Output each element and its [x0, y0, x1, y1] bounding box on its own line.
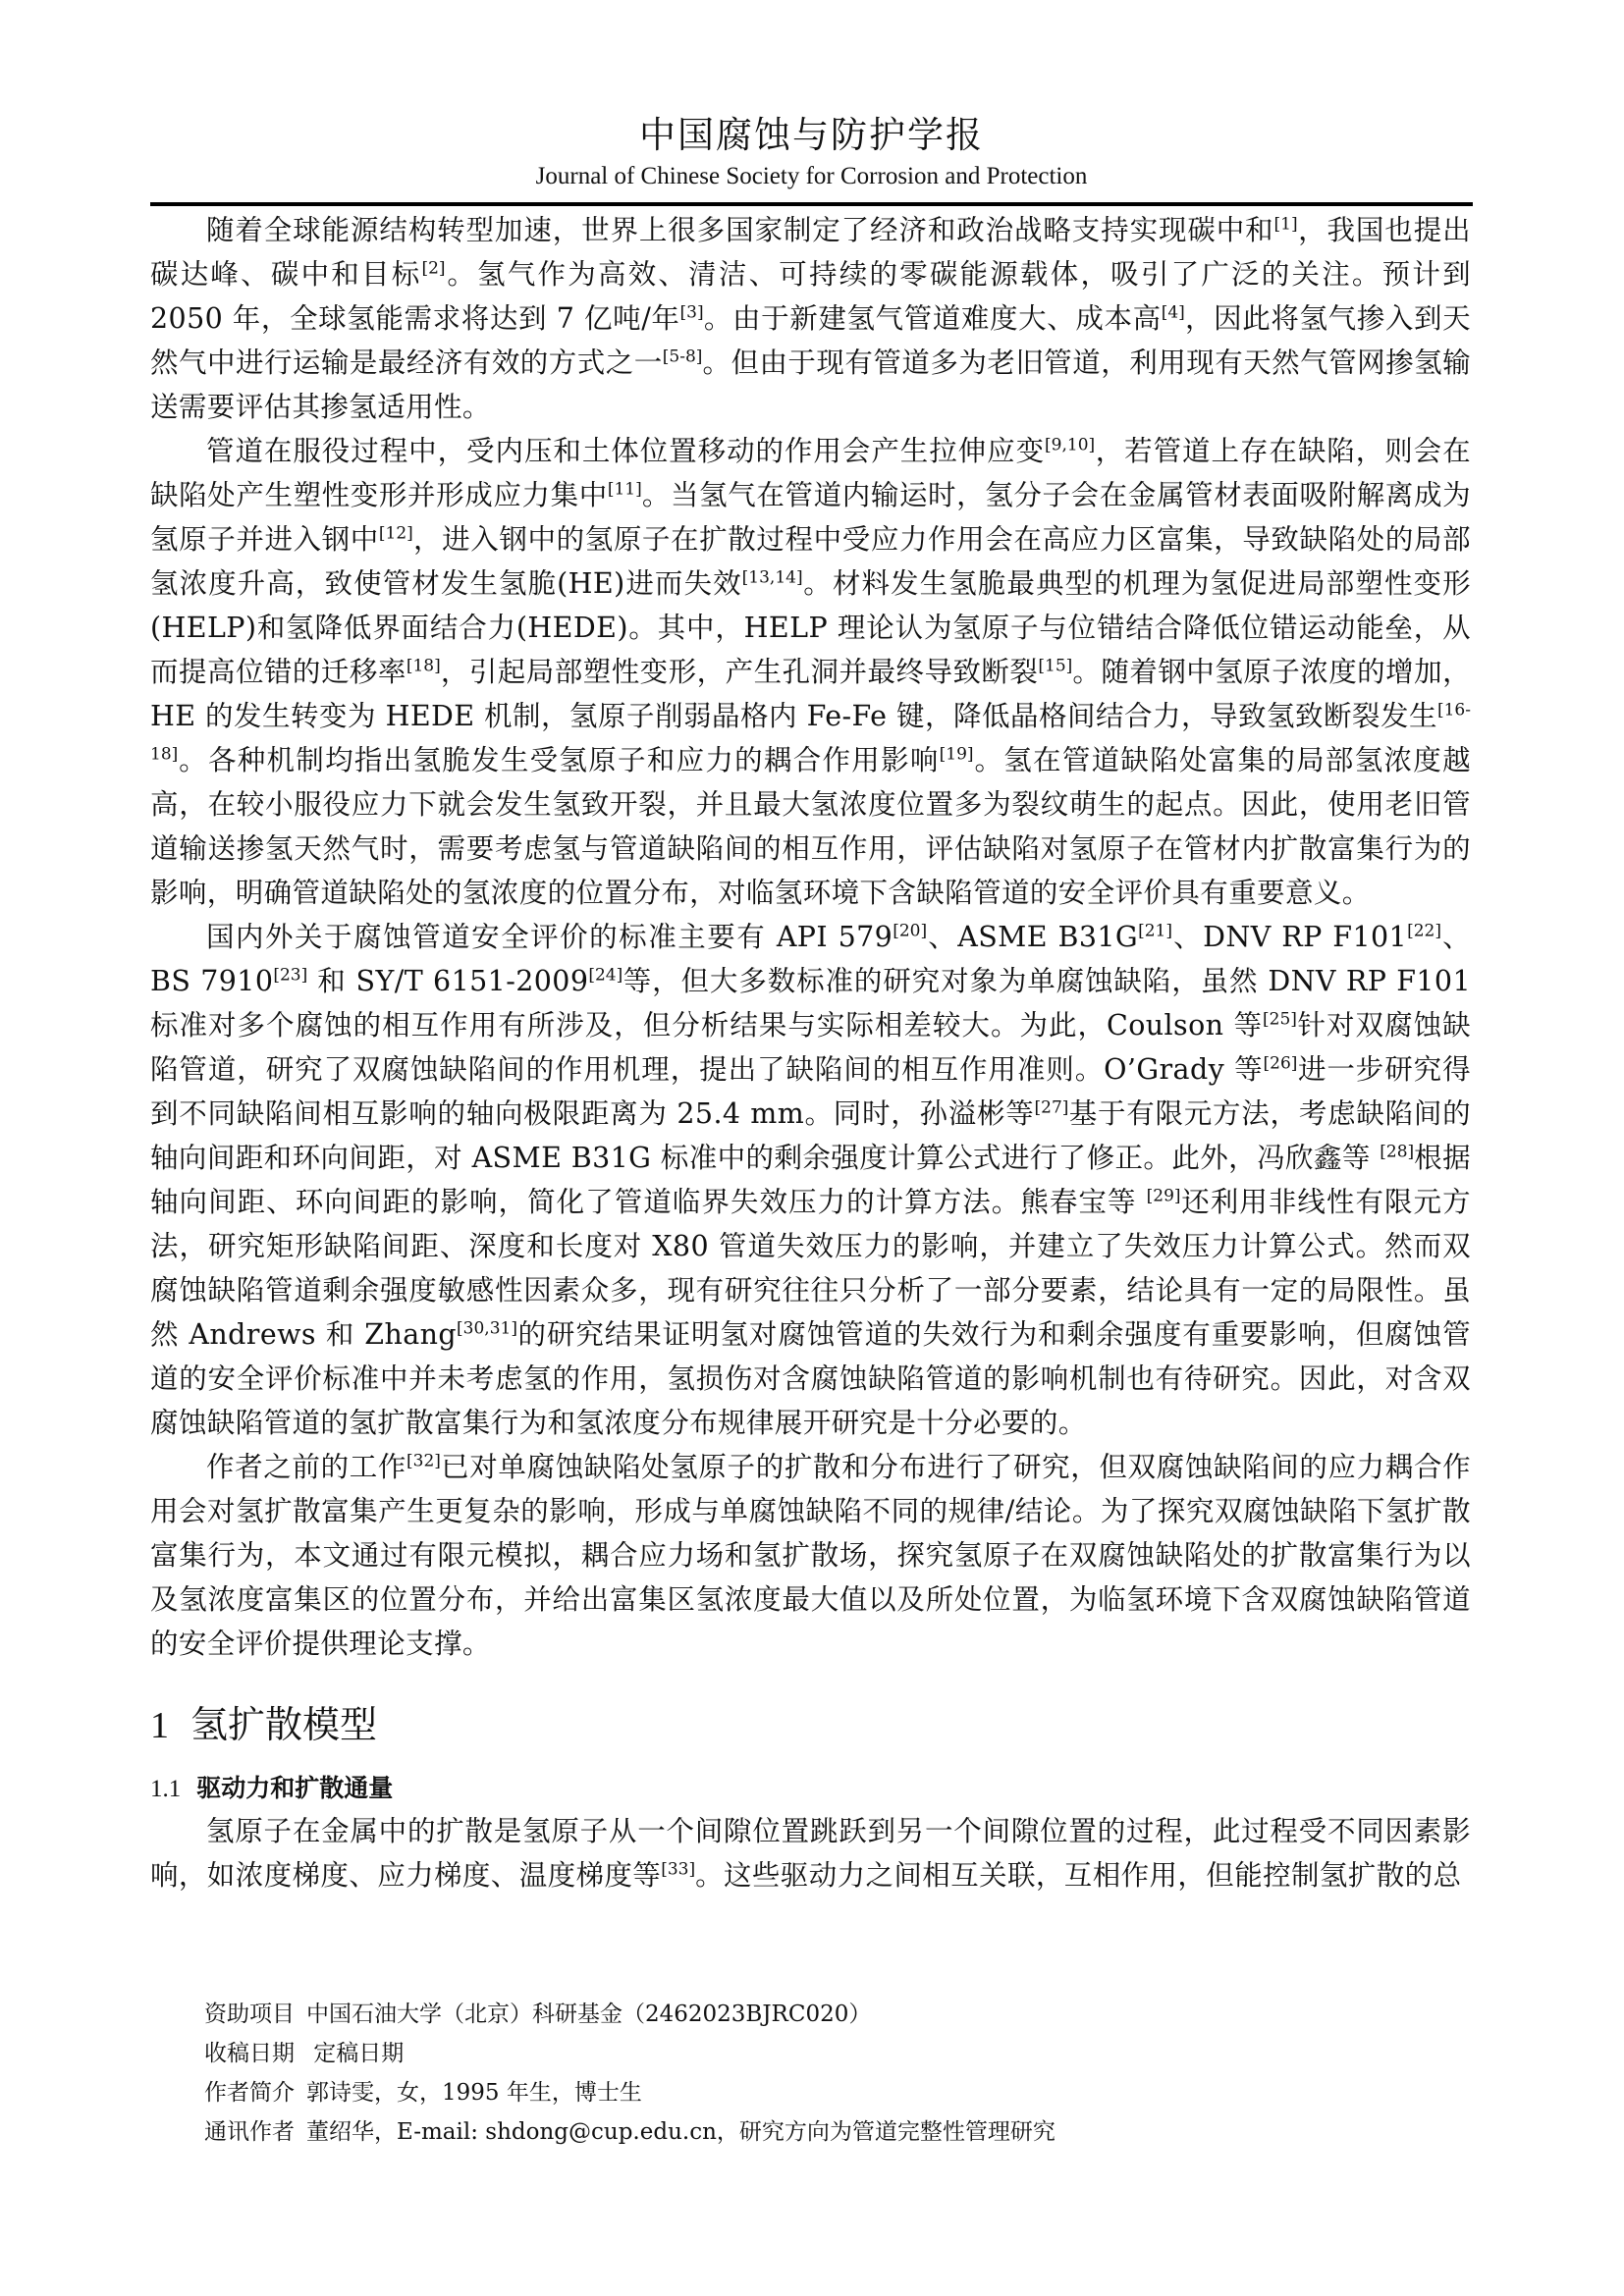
citation-ref: [28] [1380, 1143, 1414, 1162]
citation-ref: [9,10] [1045, 436, 1095, 455]
subsection-heading-1-1: 1.1驱动力和扩散通量 [150, 1769, 1471, 1809]
citation-ref: [21] [1138, 922, 1172, 941]
paragraph-1-1: 氢原子在金属中的扩散是氢原子从一个间隙位置跳跃到另一个间隙位置的过程，此过程受不… [150, 1809, 1471, 1897]
citation-ref: [33] [661, 1860, 695, 1880]
footnote-funding: 资助项目中国石油大学（北京）科研基金（2462023BJRC020） [204, 1995, 1382, 2034]
paragraph-intro-2: 管道在服役过程中，受内压和土体位置移动的作用会产生拉伸应变[9,10]，若管道上… [150, 429, 1471, 915]
citation-ref: [27] [1035, 1098, 1069, 1118]
journal-title-en: Journal of Chinese Society for Corrosion… [150, 161, 1473, 192]
footnote-label: 资助项目 [204, 2002, 295, 2027]
citation-ref: [13,14] [742, 568, 803, 588]
journal-title-cn: 中国腐蚀与防护学报 [150, 110, 1473, 161]
citation-ref: [23] [273, 966, 307, 986]
subsection-number: 1.1 [150, 1776, 181, 1802]
section-heading-1: 1氢扩散模型 [150, 1695, 1471, 1755]
citation-ref: [25] [1263, 1010, 1297, 1030]
citation-ref: [24] [588, 966, 623, 986]
paragraph-intro-1: 随着全球能源结构转型加速，世界上很多国家制定了经济和政治战略支持实现碳中和[1]… [150, 208, 1471, 429]
citation-ref: [15] [1038, 657, 1072, 676]
footnote-text: 定稿日期 [306, 2041, 404, 2066]
citation-ref: [18] [406, 657, 441, 676]
citation-ref: [11] [608, 480, 642, 500]
footnote-author-bio: 作者简介郭诗雯，女，1995 年生，博士生 [204, 2073, 1382, 2112]
citation-ref: [19] [940, 745, 974, 765]
subsection-title: 驱动力和扩散通量 [196, 1774, 393, 1802]
citation-ref: [32] [406, 1452, 441, 1471]
footnote-corresponding-author: 通讯作者董绍华，E-mail: shdong@cup.edu.cn，研究方向为管… [204, 2112, 1382, 2152]
citation-ref: [20] [893, 922, 927, 941]
footnote-text: 中国石油大学（北京）科研基金（2462023BJRC020） [306, 2002, 871, 2027]
section-number: 1 [150, 1705, 169, 1746]
footnote-label: 收稿日期 [204, 2041, 295, 2066]
citation-ref: [3] [680, 303, 704, 323]
citation-ref: [1] [1274, 215, 1298, 235]
citation-ref: [2] [421, 259, 445, 279]
article-body: 随着全球能源结构转型加速，世界上很多国家制定了经济和政治战略支持实现碳中和[1]… [150, 208, 1471, 1897]
footnote-label: 作者简介 [204, 2080, 295, 2106]
citation-ref: [12] [379, 524, 413, 544]
citation-ref: [30,31] [457, 1319, 517, 1339]
citation-ref: [26] [1264, 1054, 1298, 1074]
running-header: 中国腐蚀与防护学报 Journal of Chinese Society for… [150, 110, 1473, 192]
citation-ref: [22] [1407, 922, 1441, 941]
footnotes: 资助项目中国石油大学（北京）科研基金（2462023BJRC020） 收稿日期 … [204, 1995, 1382, 2152]
section-title: 氢扩散模型 [190, 1703, 377, 1746]
citation-ref: [16-18] [150, 701, 1471, 765]
paragraph-intro-3: 国内外关于腐蚀管道安全评价的标准主要有 API 579[20]、ASME B31… [150, 915, 1471, 1445]
citation-ref: [5-8] [663, 347, 703, 367]
header-divider [150, 202, 1473, 206]
citation-ref: [29] [1147, 1187, 1181, 1206]
footnote-dates: 收稿日期 定稿日期 [204, 2034, 1382, 2073]
footnote-text: 董绍华，E-mail: shdong@cup.edu.cn，研究方向为管道完整性… [306, 2119, 1056, 2145]
footnote-text: 郭诗雯，女，1995 年生，博士生 [306, 2080, 642, 2106]
paragraph-intro-4: 作者之前的工作[32]已对单腐蚀缺陷处氢原子的扩散和分布进行了研究，但双腐蚀缺陷… [150, 1445, 1471, 1666]
footnote-label: 通讯作者 [204, 2119, 295, 2145]
citation-ref: [4] [1162, 303, 1185, 323]
